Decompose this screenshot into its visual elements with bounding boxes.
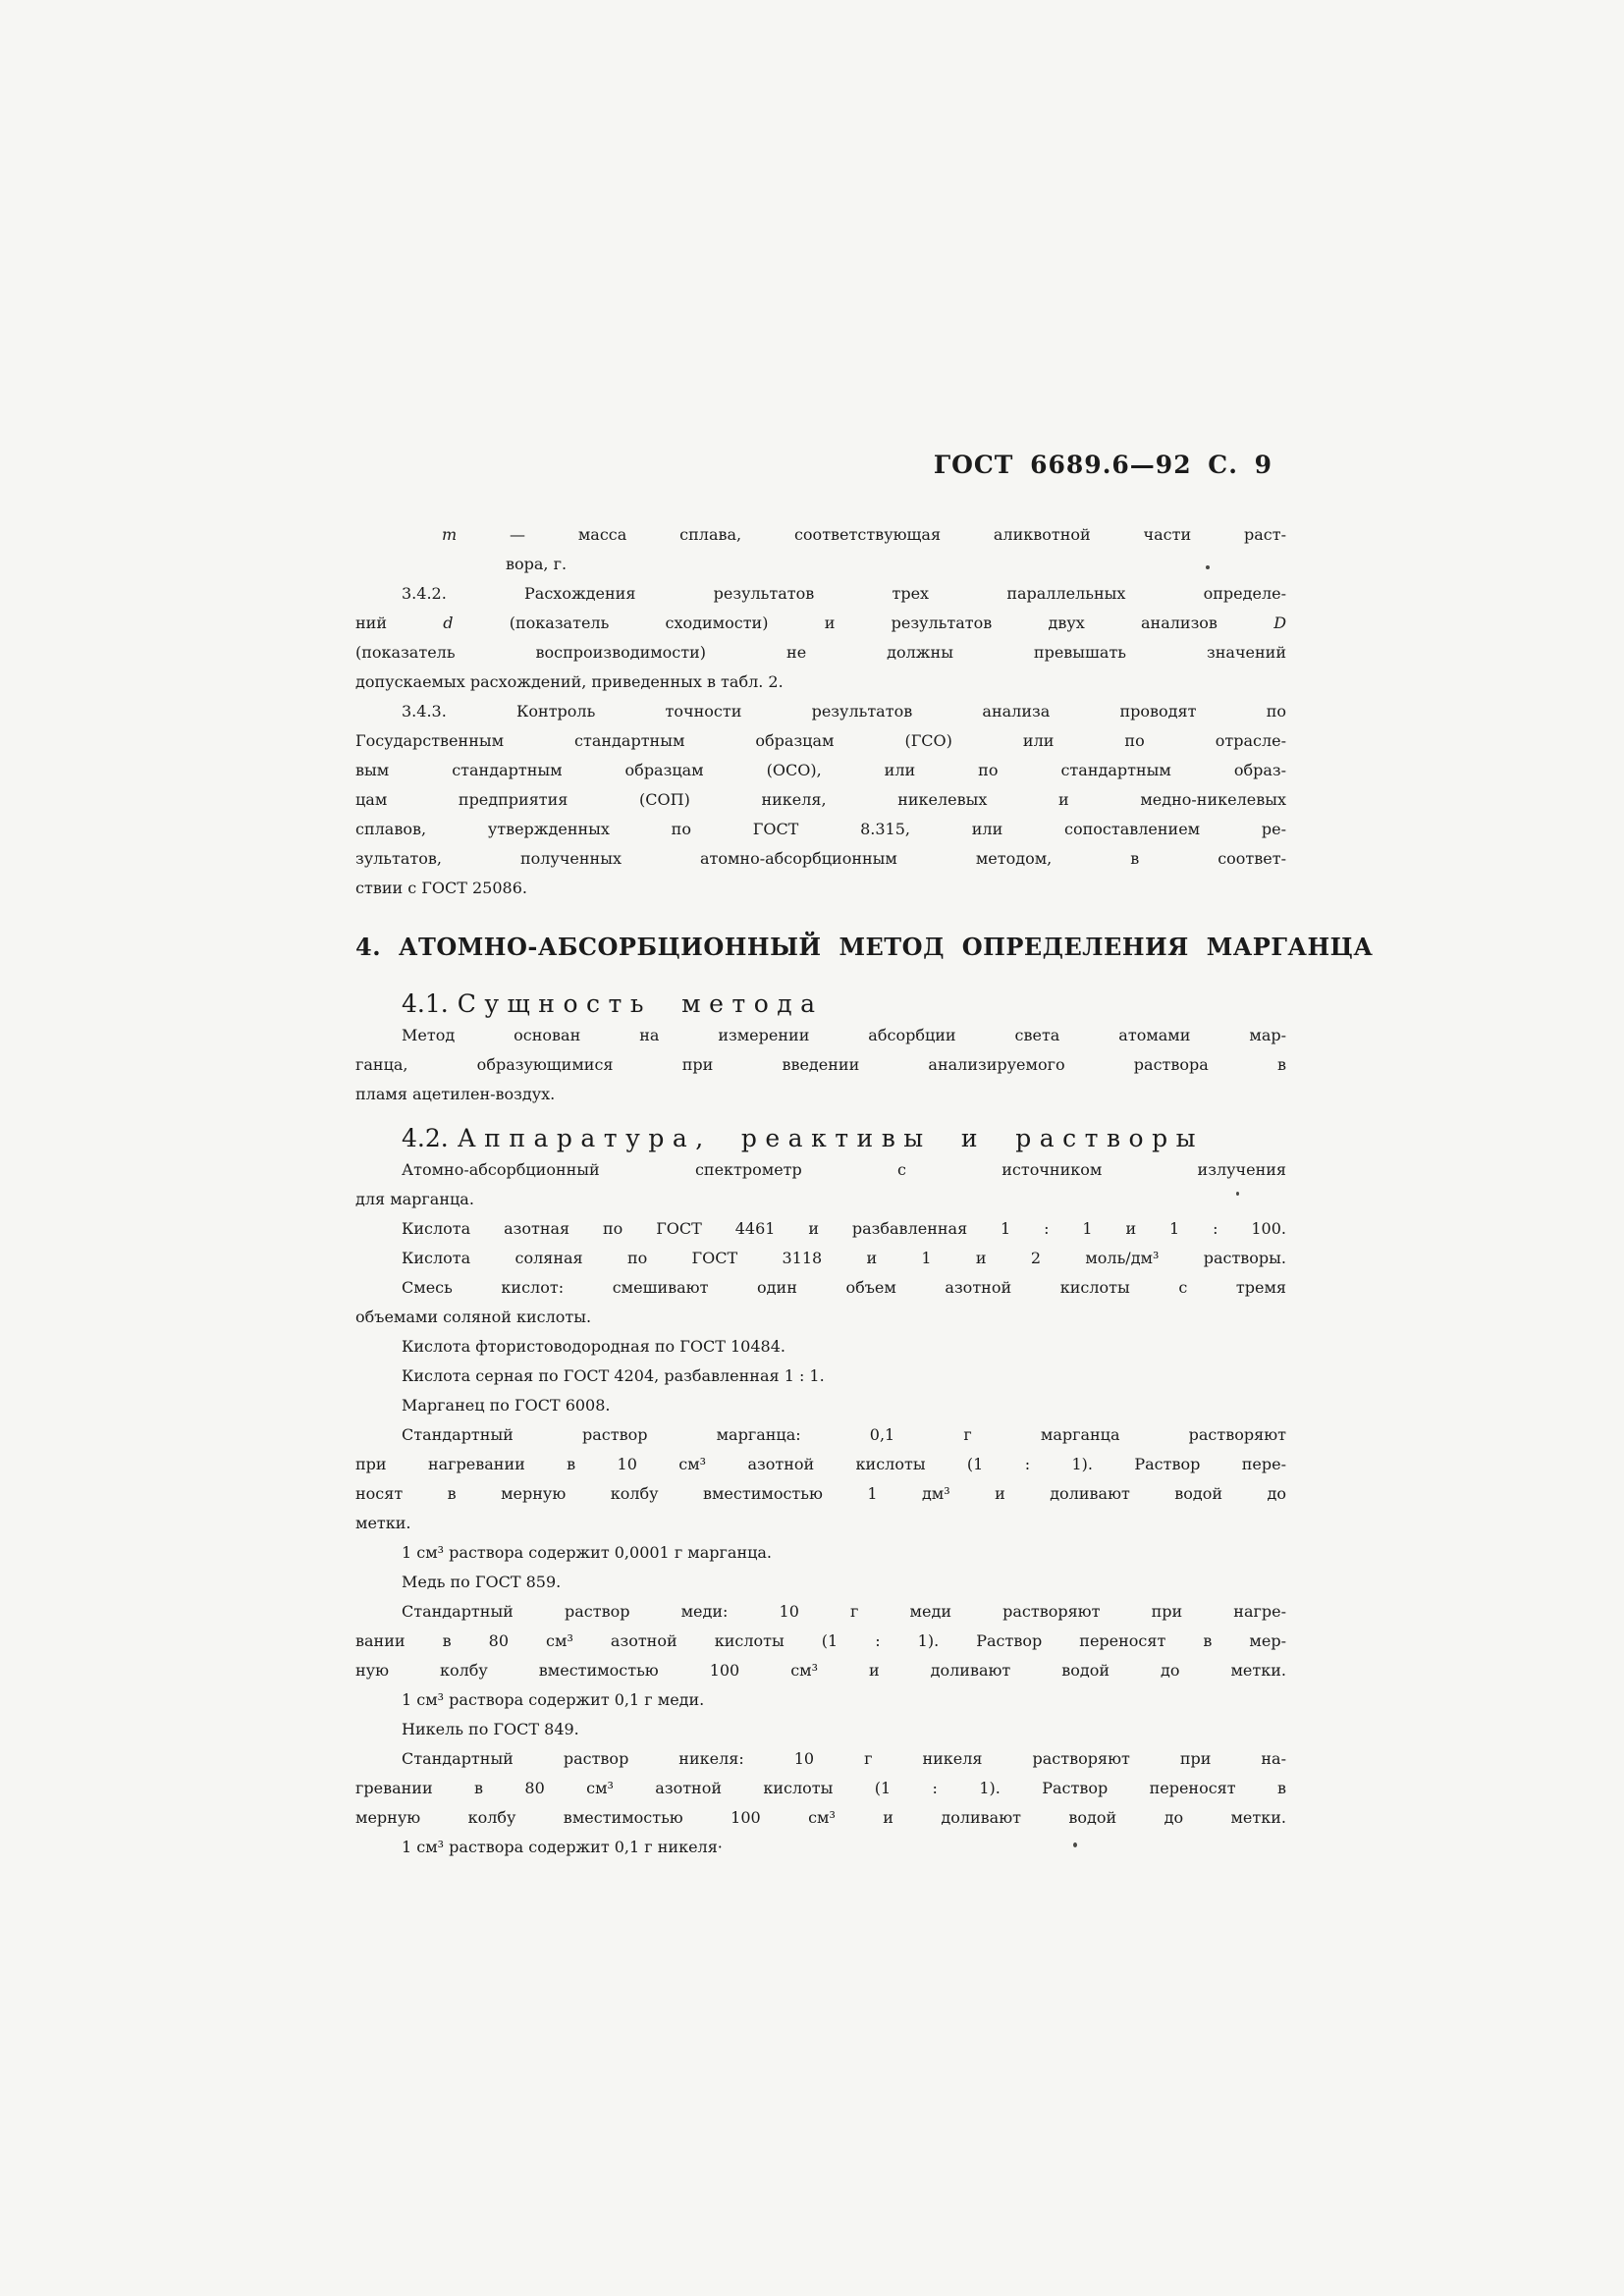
text-line: носят в мерную колбу вместимостью 1 дм³ … <box>355 1479 1286 1509</box>
paragraph: Атомно-абсорбционный спектрометр с источ… <box>355 1155 1286 1214</box>
paragraph: 1 см³ раствора содержит 0,0001 г марганц… <box>355 1538 1286 1568</box>
paragraph: Никель по ГОСТ 849. <box>355 1715 1286 1744</box>
paragraph: Метод основан на измерении абсорбции све… <box>355 1021 1286 1109</box>
paragraph: Кислота серная по ГОСТ 4204, разбавленна… <box>355 1362 1286 1391</box>
paragraph: Марганец по ГОСТ 6008. <box>355 1391 1286 1420</box>
paragraph: Кислота фтористоводородная по ГОСТ 10484… <box>355 1332 1286 1362</box>
text-line: ний d (показатель сходимости) и результа… <box>355 609 1286 638</box>
subsection-number: 4.1. <box>402 989 449 1018</box>
text-line: для марганца. <box>355 1185 1286 1214</box>
text-line: Смесь кислот: смешивают один объем азотн… <box>355 1273 1286 1303</box>
text-line: сплавов, утвержденных по ГОСТ 8.315, или… <box>355 815 1286 844</box>
paragraph: Стандартный раствор марганца: 0,1 г марг… <box>355 1420 1286 1538</box>
paragraph: 1 см³ раствора содержит 0,1 г никеля· <box>355 1833 1286 1862</box>
text-line: метки. <box>355 1509 1286 1538</box>
paragraph: m — масса сплава, соответствующая аликво… <box>355 520 1286 579</box>
text-line: ную колбу вместимостью 100 см³ и доливаю… <box>355 1656 1286 1685</box>
text-line: гревании в 80 см³ азотной кислоты (1 : 1… <box>355 1774 1286 1803</box>
text-line: допускаемых расхождений, приведенных в т… <box>355 667 1286 697</box>
text-line: Кислота азотная по ГОСТ 4461 и разбавлен… <box>355 1214 1286 1244</box>
paragraph: 1 см³ раствора содержит 0,1 г меди. <box>355 1685 1286 1715</box>
section-heading: 4. АТОМНО-АБСОРБЦИОННЫЙ МЕТОД ОПРЕДЕЛЕНИ… <box>355 933 1286 962</box>
subsection-title: Сущность метода <box>458 989 824 1018</box>
text-line: 3.4.2. Расхождения результатов трех пара… <box>355 579 1286 609</box>
paragraph: 3.4.2. Расхождения результатов трех пара… <box>355 579 1286 697</box>
text-line: вора, г. <box>355 550 1286 579</box>
scan-speck <box>1236 1192 1239 1196</box>
text-segment: — масса сплава, соответствующая аликвотн… <box>457 525 1286 544</box>
scan-speck <box>1073 1842 1077 1847</box>
italic-variable: m <box>442 525 457 544</box>
text-line: 3.4.3. Контроль точности результатов ана… <box>355 697 1286 726</box>
text-line: 1 см³ раствора содержит 0,0001 г марганц… <box>355 1538 1286 1568</box>
text-segment: (показатель сходимости) и результатов дв… <box>454 614 1274 632</box>
paragraph: Смесь кислот: смешивают один объем азотн… <box>355 1273 1286 1332</box>
text-line: Метод основан на измерении абсорбции све… <box>355 1021 1286 1050</box>
text-line: мерную колбу вместимостью 100 см³ и доли… <box>355 1803 1286 1833</box>
text-line: вым стандартным образцам (ОСО), или по с… <box>355 756 1286 785</box>
text-line: зультатов, полученных атомно-абсорбционн… <box>355 844 1286 874</box>
paragraph: Кислота азотная по ГОСТ 4461 и разбавлен… <box>355 1214 1286 1244</box>
document-page: ГОСТ 6689.6—92 С. 9 m — масса сплава, со… <box>0 0 1624 2296</box>
subsection-number: 4.2. <box>402 1124 449 1152</box>
paragraph: 3.4.3. Контроль точности результатов ана… <box>355 697 1286 903</box>
subsection-heading: 4.2.Аппаратура, реактивы и растворы <box>355 1124 1286 1153</box>
text-line: m — масса сплава, соответствующая аликво… <box>355 520 1286 550</box>
text-line: Стандартный раствор никеля: 10 г никеля … <box>355 1744 1286 1774</box>
text-line: при нагревании в 10 см³ азотной кислоты … <box>355 1450 1286 1479</box>
text-line: 1 см³ раствора содержит 0,1 г меди. <box>355 1685 1286 1715</box>
text-line: Стандартный раствор меди: 10 г меди раст… <box>355 1597 1286 1627</box>
text-line: 1 см³ раствора содержит 0,1 г никеля· <box>355 1833 1286 1862</box>
text-line: Атомно-абсорбционный спектрометр с источ… <box>355 1155 1286 1185</box>
text-line: Кислота соляная по ГОСТ 3118 и 1 и 2 мол… <box>355 1244 1286 1273</box>
paragraph: Стандартный раствор меди: 10 г меди раст… <box>355 1597 1286 1685</box>
italic-variable: D <box>1273 614 1286 632</box>
text-line: Кислота серная по ГОСТ 4204, разбавленна… <box>355 1362 1286 1391</box>
subsection-heading: 4.1.Сущность метода <box>355 989 1286 1019</box>
text-line: Никель по ГОСТ 849. <box>355 1715 1286 1744</box>
text-line: Медь по ГОСТ 859. <box>355 1568 1286 1597</box>
subsection-title: Аппаратура, реактивы и растворы <box>458 1124 1204 1152</box>
text-line: Кислота фтористоводородная по ГОСТ 10484… <box>355 1332 1286 1362</box>
text-line: цам предприятия (СОП) никеля, никелевых … <box>355 785 1286 815</box>
paragraph: Кислота соляная по ГОСТ 3118 и 1 и 2 мол… <box>355 1244 1286 1273</box>
text-line: (показатель воспроизводимости) не должны… <box>355 638 1286 667</box>
text-line: Стандартный раствор марганца: 0,1 г марг… <box>355 1420 1286 1450</box>
text-line: Марганец по ГОСТ 6008. <box>355 1391 1286 1420</box>
page-header: ГОСТ 6689.6—92 С. 9 <box>355 451 1286 479</box>
text-line: Государственным стандартным образцам (ГС… <box>355 726 1286 756</box>
paragraph: Медь по ГОСТ 859. <box>355 1568 1286 1597</box>
text-line: вании в 80 см³ азотной кислоты (1 : 1). … <box>355 1627 1286 1656</box>
text-line: ствии с ГОСТ 25086. <box>355 874 1286 903</box>
paragraph: Стандартный раствор никеля: 10 г никеля … <box>355 1744 1286 1833</box>
scan-speck <box>1206 565 1210 569</box>
italic-variable: d <box>443 614 453 632</box>
text-line: пламя ацетилен-воздух. <box>355 1080 1286 1109</box>
document-body: m — масса сплава, соответствующая аликво… <box>355 520 1286 1862</box>
text-line: ганца, образующимися при введении анализ… <box>355 1050 1286 1080</box>
text-segment: ний <box>355 614 443 632</box>
text-line: объемами соляной кислоты. <box>355 1303 1286 1332</box>
